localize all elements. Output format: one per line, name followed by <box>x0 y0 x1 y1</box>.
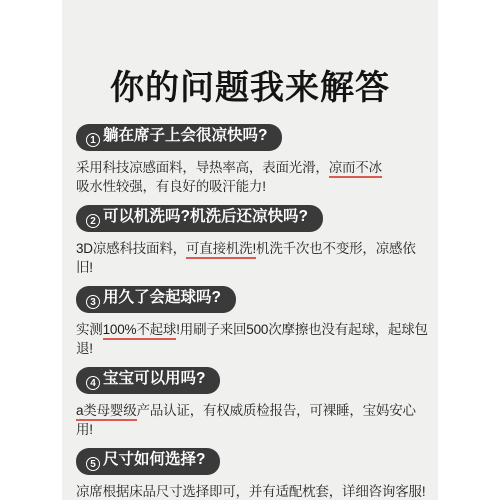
plain-text: 实测 <box>76 322 103 337</box>
highlighted-text: 根据床品尺寸选择 <box>103 484 209 500</box>
answer-line: 3D凉感科技面料，可直接机洗!机洗千次也不变形，凉感依旧! <box>76 239 432 277</box>
answer-line: 吸水性较强，有良好的吸汗能力! <box>76 177 432 196</box>
highlighted-text: 可直接机洗! <box>186 241 256 259</box>
question-text: 躺在席子上会很凉快吗? <box>103 127 267 144</box>
faq-item: 1躺在席子上会很凉快吗? 采用科技凉感面料，导热率高，表面光滑，凉而不冰吸水性较… <box>76 124 432 196</box>
answer-text: 凉席根据床品尺寸选择即可，并有适配枕套，详细咨询客服! <box>76 482 432 500</box>
highlighted-text: a类母婴级 <box>76 403 137 421</box>
question-badge: 5尺寸如何选择? <box>76 448 220 475</box>
answer-text: a类母婴级产品认证，有权威质检报告，可裸睡，宝妈安心用! <box>76 401 432 439</box>
question-badge: 3用久了会起球吗? <box>76 286 236 313</box>
answer-line: 凉席根据床品尺寸选择即可，并有适配枕套，详细咨询客服! <box>76 482 432 500</box>
question-badge: 4宝宝可以用吗? <box>76 367 220 394</box>
answer-text: 实测100%不起球!用刷子来回500次摩擦也没有起球，起球包退! <box>76 320 432 358</box>
question-text: 尺寸如何选择? <box>103 451 205 468</box>
faq-item: 3用久了会起球吗? 实测100%不起球!用刷子来回500次摩擦也没有起球，起球包… <box>76 286 432 358</box>
question-number-circle-icon: 4 <box>86 376 100 390</box>
question-text: 用久了会起球吗? <box>103 289 221 306</box>
answer-line: a类母婴级产品认证，有权威质检报告，可裸睡，宝妈安心用! <box>76 401 432 439</box>
highlighted-text: 凉而不冰 <box>329 160 382 178</box>
faq-item: 4宝宝可以用吗? a类母婴级产品认证，有权威质检报告，可裸睡，宝妈安心用! <box>76 367 432 439</box>
question-text: 可以机洗吗?机洗后还凉快吗? <box>103 208 308 225</box>
answer-text: 采用科技凉感面料，导热率高，表面光滑，凉而不冰吸水性较强，有良好的吸汗能力! <box>76 158 432 196</box>
plain-text: 即可，并有适配枕套，详细咨询客服! <box>209 484 425 499</box>
question-number-circle-icon: 3 <box>86 295 100 309</box>
plain-text: 采用科技凉感面料，导热率高，表面光滑， <box>76 160 329 175</box>
question-text: 宝宝可以用吗? <box>103 370 205 387</box>
question-badge: 1躺在席子上会很凉快吗? <box>76 124 282 151</box>
plain-text: 凉席 <box>76 484 103 499</box>
promo-image: 你的问题我来解答 1躺在席子上会很凉快吗? 采用科技凉感面料，导热率高，表面光滑… <box>0 0 500 500</box>
highlighted-text: 100%不起球 <box>103 322 177 340</box>
answer-text: 3D凉感科技面料，可直接机洗!机洗千次也不变形，凉感依旧! <box>76 239 432 277</box>
faq-item: 5尺寸如何选择? 凉席根据床品尺寸选择即可，并有适配枕套，详细咨询客服! <box>76 448 432 500</box>
page-title: 你的问题我来解答 <box>62 68 438 108</box>
faq-list: 1躺在席子上会很凉快吗? 采用科技凉感面料，导热率高，表面光滑，凉而不冰吸水性较… <box>76 124 432 500</box>
plain-text: 吸水性较强，有良好的吸汗能力! <box>76 179 266 194</box>
answer-line: 采用科技凉感面料，导热率高，表面光滑，凉而不冰 <box>76 158 432 177</box>
faq-item: 2可以机洗吗?机洗后还凉快吗? 3D凉感科技面料，可直接机洗!机洗千次也不变形，… <box>76 205 432 277</box>
plain-text: 3D凉感科技面料， <box>76 241 186 256</box>
faq-panel: 你的问题我来解答 1躺在席子上会很凉快吗? 采用科技凉感面料，导热率高，表面光滑… <box>62 0 438 500</box>
question-number-circle-icon: 1 <box>86 133 100 147</box>
answer-line: 实测100%不起球!用刷子来回500次摩擦也没有起球，起球包退! <box>76 320 432 358</box>
question-badge: 2可以机洗吗?机洗后还凉快吗? <box>76 205 323 232</box>
question-number-circle-icon: 5 <box>86 457 100 471</box>
question-number-circle-icon: 2 <box>86 214 100 228</box>
